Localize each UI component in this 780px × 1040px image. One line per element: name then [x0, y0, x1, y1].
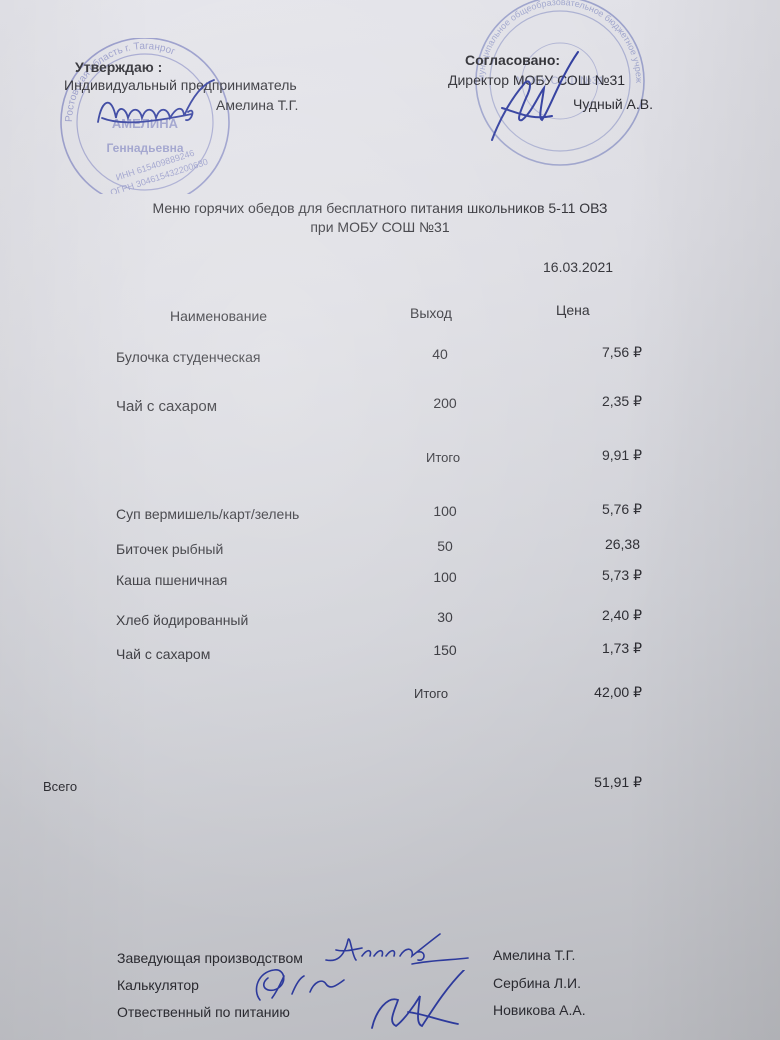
- header-output: Выход: [410, 305, 452, 321]
- svg-text:ИНН 615409889246: ИНН 615409889246: [115, 148, 196, 183]
- agreement-name: Чудный А.В.: [573, 96, 653, 112]
- item-name: Биточек рыбный: [116, 541, 223, 557]
- svg-text:муниципальное общеобразователь: муниципальное общеобразовательное бюджет…: [470, 0, 644, 83]
- item-price: 5,73 ₽: [560, 567, 642, 584]
- item-name: Чай с сахаром: [116, 646, 210, 662]
- item-name: Чай с сахаром: [116, 398, 217, 415]
- approval-position: Индивидуальный предприниматель: [64, 77, 297, 93]
- item-output: 200: [420, 395, 470, 411]
- head-of-production-signature: [322, 930, 472, 970]
- svg-text:АМЕЛИНА: АМЕЛИНА: [112, 116, 179, 131]
- svg-text:Геннадьевна: Геннадьевна: [106, 141, 183, 155]
- document-date: 16.03.2021: [543, 259, 613, 275]
- signature-name: Амелина Т.Г.: [493, 947, 575, 963]
- item-name: Суп вермишель/карт/зелень: [116, 506, 299, 522]
- menu-document: Ростовская область г. Таганрог АМЕЛИНА Г…: [0, 0, 780, 1040]
- item-price: 1,73 ₽: [560, 640, 642, 657]
- item-price: 26,38: [560, 536, 640, 552]
- item-output: 150: [420, 642, 470, 658]
- item-price: 5,76 ₽: [560, 501, 642, 518]
- agreement-position: Директор МОБУ СОШ №31: [448, 72, 625, 88]
- approval-heading: Утверждаю :: [75, 59, 162, 75]
- item-output: 40: [420, 346, 460, 362]
- signature-name: Сербина Л.И.: [493, 975, 581, 991]
- subtotal-value: 42,00 ₽: [560, 684, 642, 701]
- item-output: 30: [420, 609, 470, 625]
- signature-role: Калькулятор: [117, 977, 199, 993]
- signature-role: Отвественный по питанию: [117, 1004, 290, 1020]
- responsible-signature: [368, 970, 468, 1036]
- item-output: 100: [420, 569, 470, 585]
- item-output: 50: [420, 538, 470, 554]
- item-price: 2,35 ₽: [560, 393, 642, 410]
- item-output: 100: [420, 503, 470, 519]
- grand-total-value: 51,91 ₽: [560, 774, 642, 791]
- item-name: Хлеб йодированный: [116, 612, 248, 628]
- item-name: Булочка студенческая: [116, 349, 260, 365]
- calculator-signature: [248, 960, 348, 1010]
- header-price: Цена: [556, 302, 590, 318]
- header-name: Наименование: [170, 308, 267, 324]
- grand-total-label: Всего: [43, 779, 77, 794]
- subtotal-value: 9,91 ₽: [560, 447, 642, 464]
- signature-name: Новикова А.А.: [493, 1002, 586, 1018]
- item-price: 7,56 ₽: [560, 344, 642, 361]
- subtotal-label: Итого: [426, 450, 460, 465]
- document-title-line1: Меню горячих обедов для бесплатного пита…: [100, 200, 660, 216]
- signature-role: Заведующая производством: [117, 950, 303, 966]
- item-name: Каша пшеничная: [116, 572, 227, 588]
- agreement-heading: Согласовано:: [465, 52, 560, 68]
- document-title-line2: при МОБУ СОШ №31: [100, 219, 660, 235]
- item-price: 2,40 ₽: [560, 607, 642, 624]
- svg-text:ОГРН 304615432200630: ОГРН 304615432200630: [109, 157, 209, 194]
- approval-name: Амелина Т.Г.: [216, 97, 298, 113]
- subtotal-label: Итого: [414, 686, 448, 701]
